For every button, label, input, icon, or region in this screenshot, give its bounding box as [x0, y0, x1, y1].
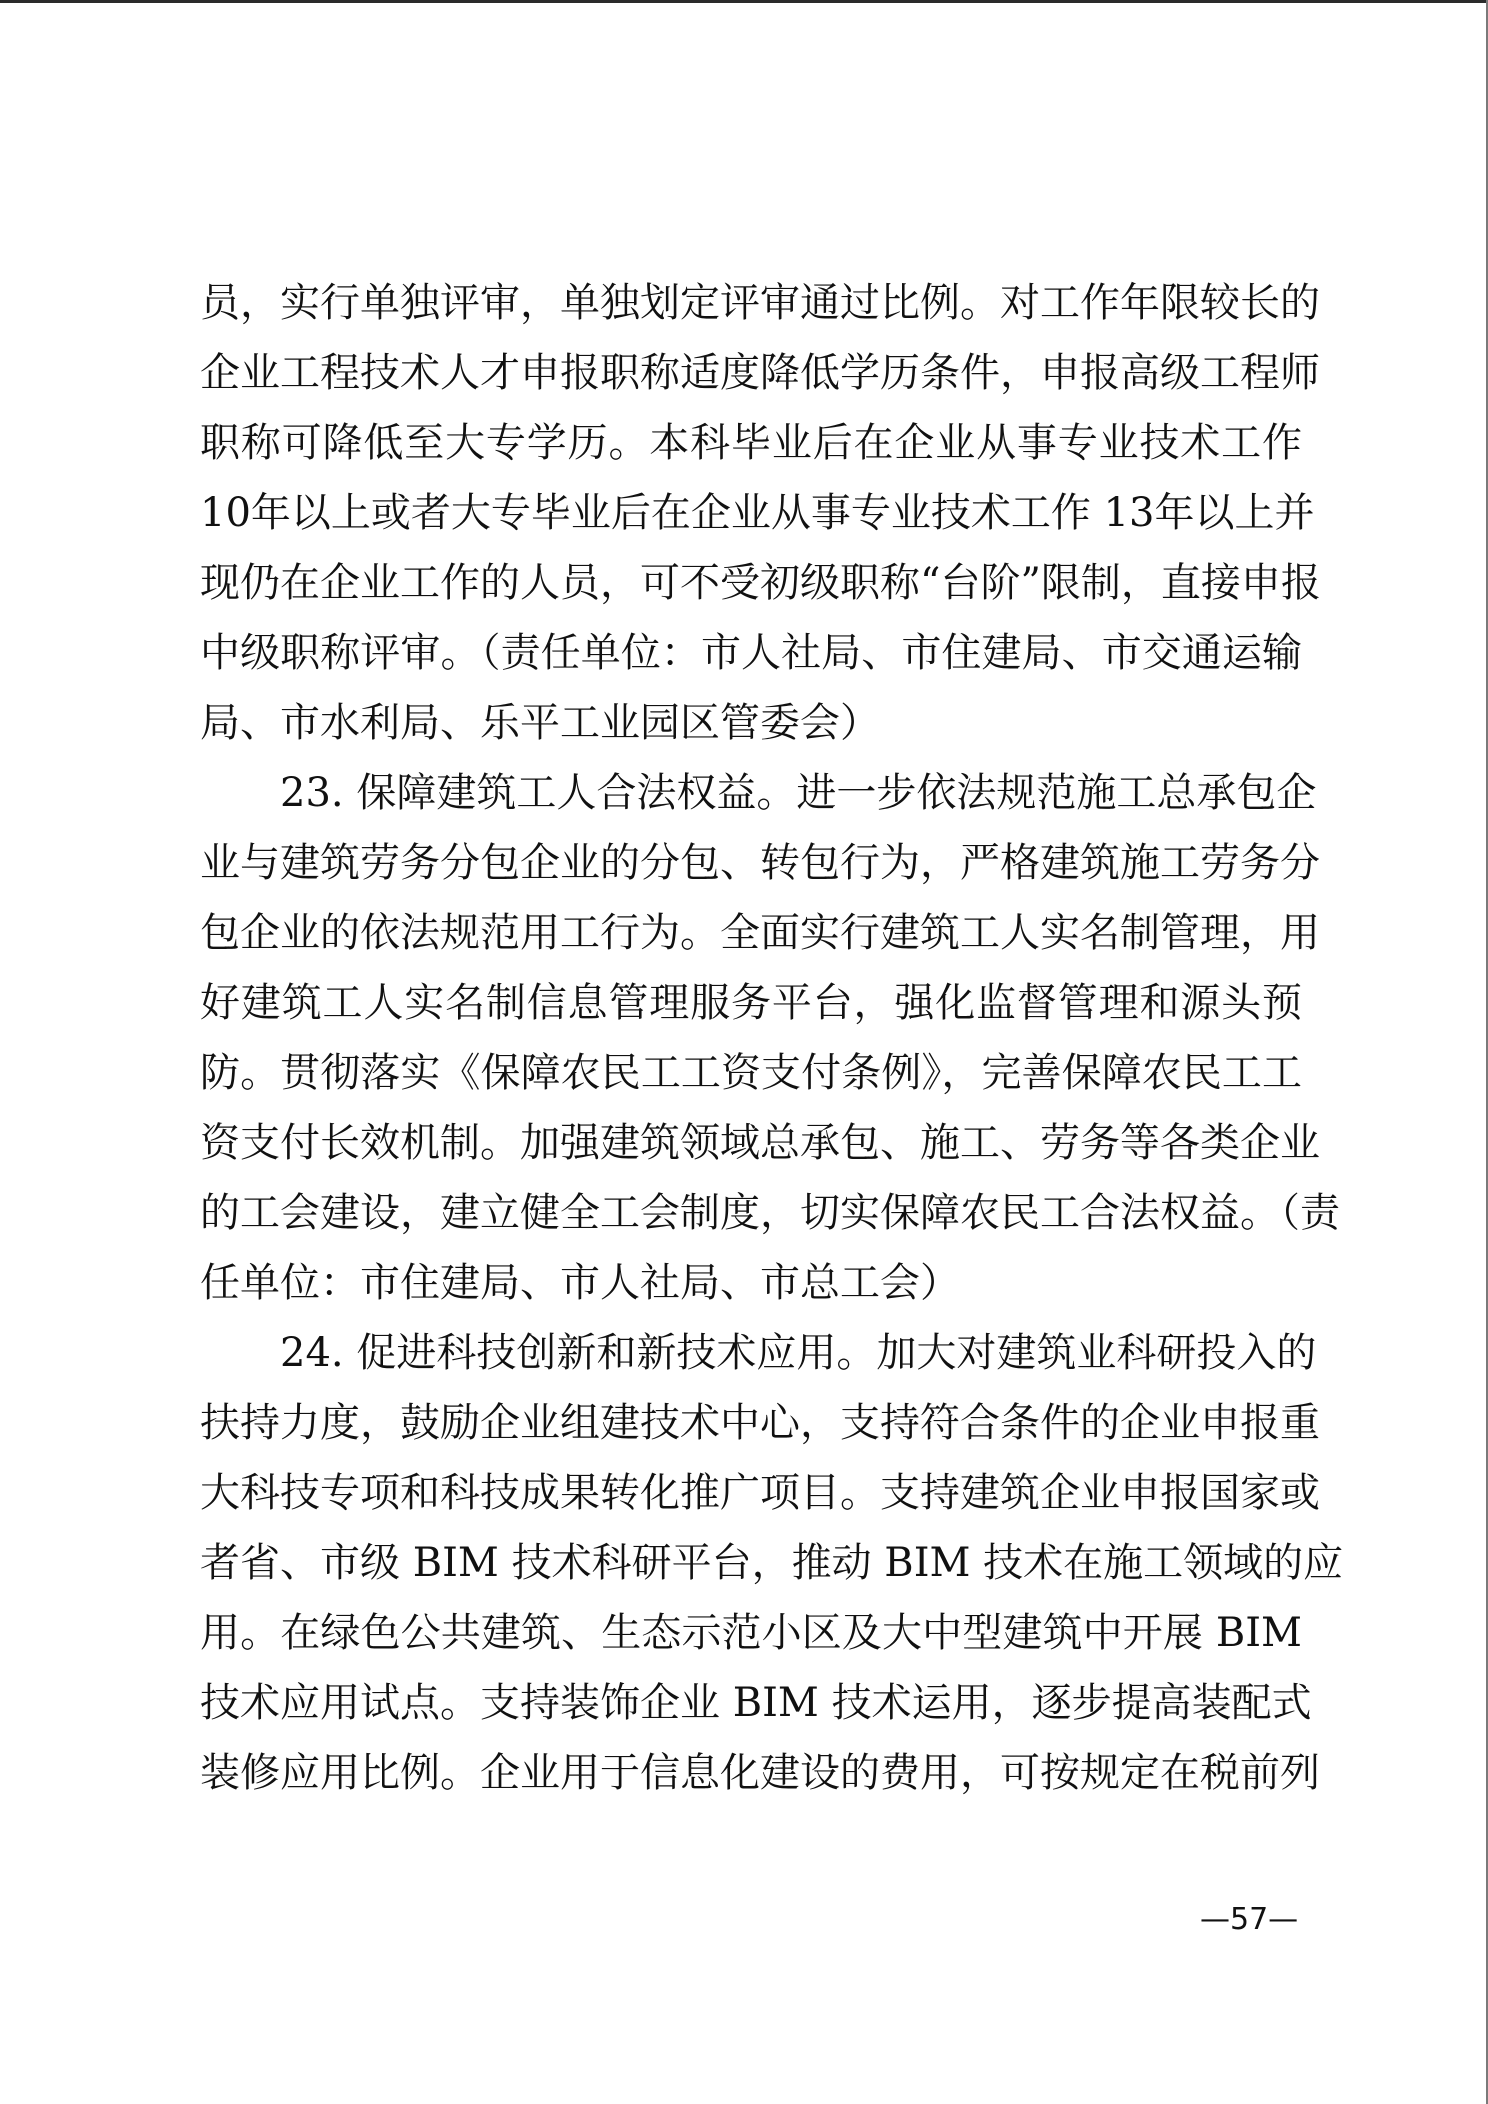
document-body: 员，实行单独评审，单独划定评审通过比例。对工作年限较长的 企业工程技术人才申报职… — [200, 268, 1302, 1808]
text-line: 装修应用比例。企业用于信息化建设的费用，可按规定在税前列 — [200, 1738, 1302, 1808]
text-line: 职称可降低至大专学历。本科毕业后在企业从事专业技术工作 — [200, 408, 1302, 478]
text-line: 技术应用试点。支持装饰企业 BIM 技术运用，逐步提高装配式 — [200, 1668, 1302, 1738]
text-line: 中级职称评审。（责任单位：市人社局、市住建局、市交通运输 — [200, 618, 1302, 688]
text-line: 用。在绿色公共建筑、生态示范小区及大中型建筑中开展 BIM — [200, 1598, 1302, 1668]
text-line: 大科技专项和科技成果转化推广项目。支持建筑企业申报国家或 — [200, 1458, 1302, 1528]
top-border — [0, 0, 1488, 3]
text-line: 业与建筑劳务分包企业的分包、转包行为，严格建筑施工劳务分 — [200, 828, 1302, 898]
text-line: 好建筑工人实名制信息管理服务平台，强化监督管理和源头预 — [200, 968, 1302, 1038]
text-line: 企业工程技术人才申报职称适度降低学历条件，申报高级工程师 — [200, 338, 1302, 408]
text-line: 防。贯彻落实《保障农民工工资支付条例》，完善保障农民工工 — [200, 1038, 1302, 1108]
text-line: 10年以上或者大专毕业后在企业从事专业技术工作 13年以上并 — [200, 478, 1302, 548]
text-line: 局、市水利局、乐平工业园区管委会） — [200, 688, 1302, 758]
text-line: 的工会建设，建立健全工会制度，切实保障农民工合法权益。（责 — [200, 1178, 1302, 1248]
text-line: 者省、市级 BIM 技术科研平台，推动 BIM 技术在施工领域的应 — [200, 1528, 1302, 1598]
text-line: 现仍在企业工作的人员，可不受初级职称“台阶”限制，直接申报 — [200, 548, 1302, 618]
text-line: 包企业的依法规范用工行为。全面实行建筑工人实名制管理，用 — [200, 898, 1302, 968]
text-line: 扶持力度，鼓励企业组建技术中心，支持符合条件的企业申报重 — [200, 1388, 1302, 1458]
section-heading-line-23: 23. 保障建筑工人合法权益。进一步依法规范施工总承包企 — [200, 758, 1302, 828]
section-heading-line-24: 24. 促进科技创新和新技术应用。加大对建筑业科研投入的 — [200, 1318, 1302, 1388]
text-line: 任单位：市住建局、市人社局、市总工会） — [200, 1248, 1302, 1318]
text-line: 资支付长效机制。加强建筑领域总承包、施工、劳务等各类企业 — [200, 1108, 1302, 1178]
text-line: 员，实行单独评审，单独划定评审通过比例。对工作年限较长的 — [200, 268, 1302, 338]
page-number: —57— — [1200, 1900, 1298, 1940]
